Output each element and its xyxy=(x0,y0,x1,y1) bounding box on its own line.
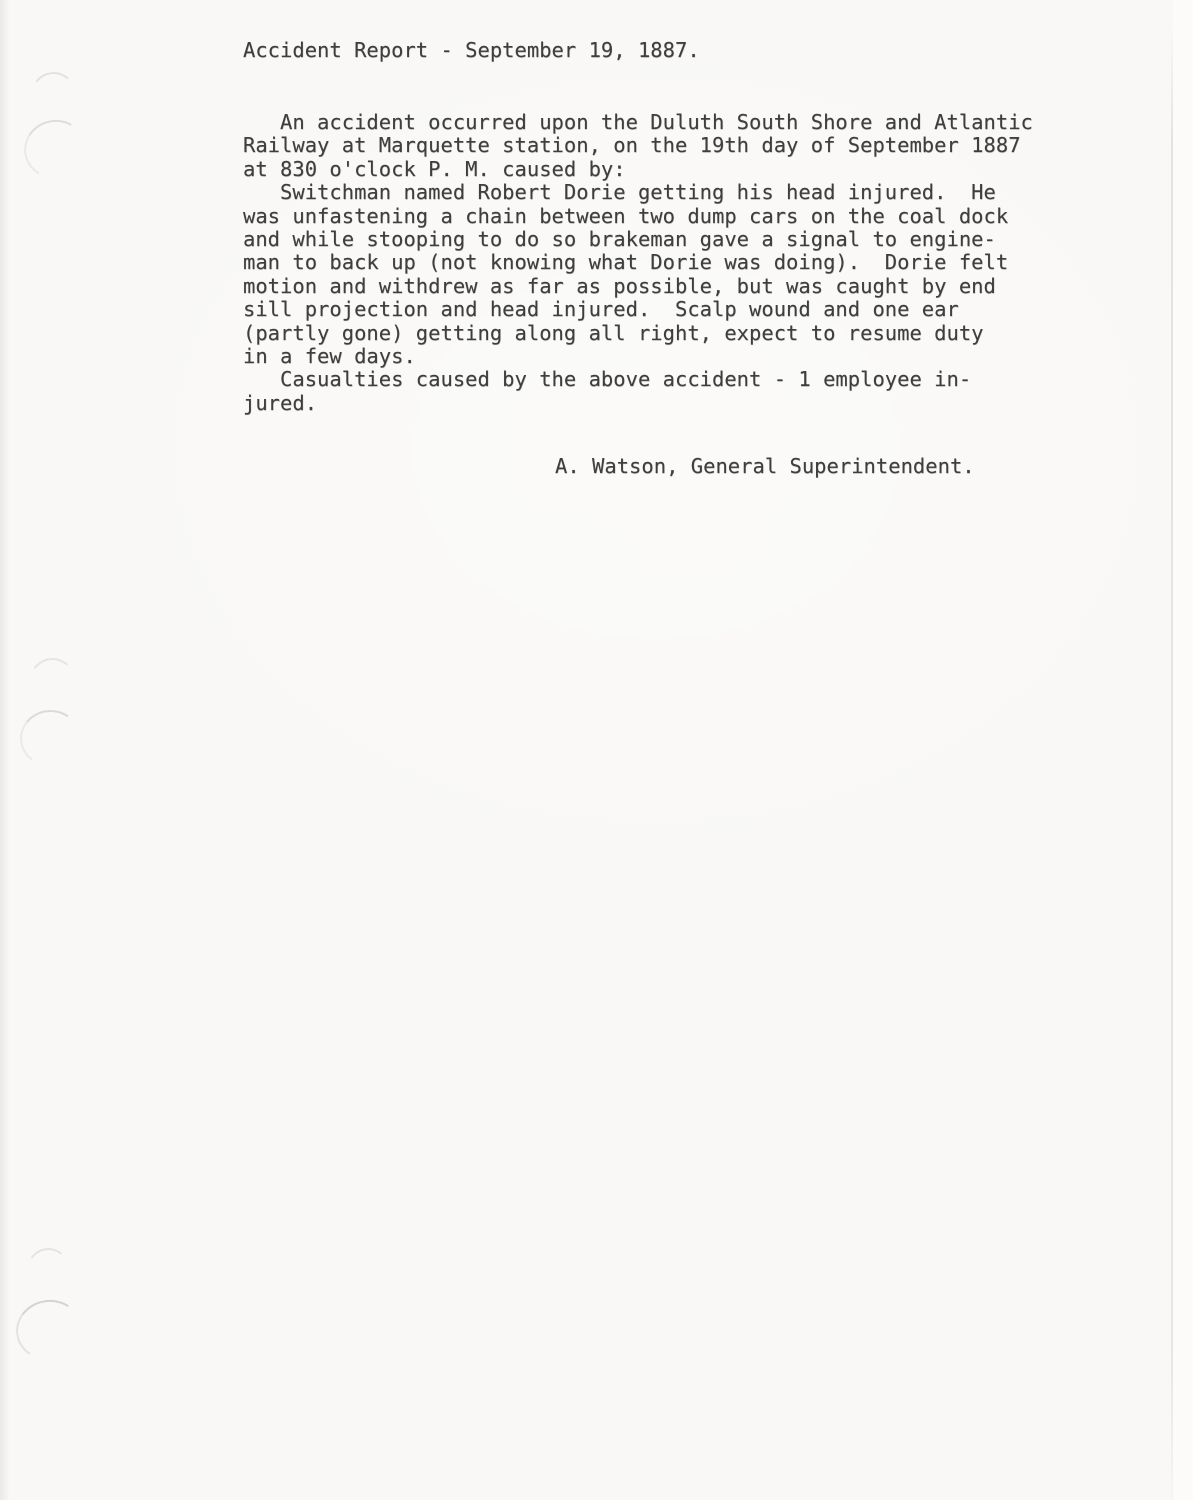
page-edge xyxy=(1171,25,1173,1500)
document-body: An accident occurred upon the Duluth Sou… xyxy=(243,111,1033,415)
punch-hole-mark xyxy=(11,1295,86,1366)
body-line: sill projection and head injured. Scalp … xyxy=(243,298,1033,321)
body-line: Casualties caused by the above accident … xyxy=(243,368,1033,391)
body-line: Railway at Marquette station, on the 19t… xyxy=(243,134,1033,157)
punch-hole-mark xyxy=(27,70,80,127)
body-line: motion and withdrew as far as possible, … xyxy=(243,275,1033,298)
body-line: An accident occurred upon the Duluth Sou… xyxy=(243,111,1033,134)
signature-line: A. Watson, General Superintendent. xyxy=(555,455,975,478)
punch-hole-mark xyxy=(16,706,83,770)
document-title: Accident Report - September 19, 1887. xyxy=(243,39,700,62)
body-line: Switchman named Robert Dorie getting his… xyxy=(243,181,1033,204)
punch-hole-mark xyxy=(23,1245,76,1303)
body-line: in a few days. xyxy=(243,345,1033,368)
scanned-document-page: Accident Report - September 19, 1887. An… xyxy=(0,0,1193,1500)
body-line: was unfastening a chain between two dump… xyxy=(243,205,1033,228)
body-line: and while stooping to do so brakeman gav… xyxy=(243,228,1033,251)
body-line: at 830 o'clock P. M. caused by: xyxy=(243,158,1033,181)
punch-hole-mark xyxy=(25,656,81,717)
body-line: jured. xyxy=(243,392,1033,415)
body-line: (partly gone) getting along all right, e… xyxy=(243,322,1033,345)
scan-left-shading xyxy=(0,0,10,1500)
punch-hole-mark xyxy=(18,113,92,184)
page-edge-bright-area xyxy=(1173,0,1193,1500)
body-line: man to back up (not knowing what Dorie w… xyxy=(243,251,1033,274)
